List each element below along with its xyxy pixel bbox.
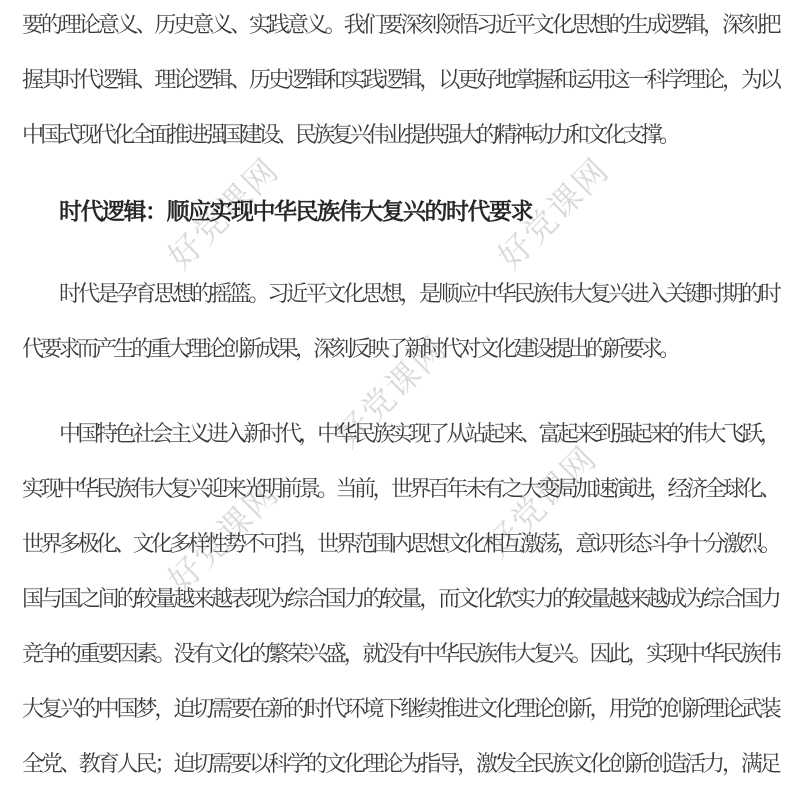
text-line: 国与国之间的较量越来越表现为综合国力的较量，而文化软实力的较量越来越成为综合国力: [22, 571, 778, 626]
section-heading: 时代逻辑：顺应实现中华民族伟大复兴的时代要求: [22, 184, 778, 239]
paragraph: 时代是孕育思想的摇篮。习近平文化思想，是顺应中华民族伟大复兴进入关键时期的时代要…: [22, 266, 778, 376]
text-line: 中国式现代化全面推进强国建设、民族复兴伟业提供强大的精神动力和文化支撑。: [22, 107, 778, 162]
document-body: 要的理论意义、历史意义、实践意义。我们要深刻领悟习近平文化思想的生成逻辑，深刻把…: [0, 0, 800, 791]
text-line: 世界多极化、文化多样性势不可挡，世界范围内思想文化相互激荡，意识形态斗争十分激烈…: [22, 516, 778, 571]
text-line: 要的理论意义、历史意义、实践意义。我们要深刻领悟习近平文化思想的生成逻辑，深刻把: [22, 0, 778, 52]
text-line: 时代是孕育思想的摇篮。习近平文化思想，是顺应中华民族伟大复兴进入关键时期的时: [22, 266, 778, 321]
text-line: 竞争的重要因素。没有文化的繁荣兴盛，就没有中华民族伟大复兴。因此，实现中华民族伟: [22, 626, 778, 681]
text-line: 实现中华民族伟大复兴迎来光明前景。当前，世界百年未有之大变局加速演进，经济全球化…: [22, 461, 778, 516]
text-line: 全党、教育人民；迫切需要以科学的文化理论为指导，激发全民族文化创新创造活力，满足: [22, 736, 778, 791]
text-line: 代要求而产生的重大理论创新成果，深刻反映了新时代对文化建设提出的新要求。: [22, 321, 778, 376]
text-line: 中国特色社会主义进入新时代，中华民族实现了从站起来、富起来到强起来的伟大飞跃，: [22, 406, 778, 461]
text-line: 握其时代逻辑、理论逻辑、历史逻辑和实践逻辑，以更好地掌握和运用这一科学理论，为以: [22, 52, 778, 107]
paragraph: 中国特色社会主义进入新时代，中华民族实现了从站起来、富起来到强起来的伟大飞跃，实…: [22, 406, 778, 791]
paragraph-continued: 要的理论意义、历史意义、实践意义。我们要深刻领悟习近平文化思想的生成逻辑，深刻把…: [22, 0, 778, 162]
text-line: 大复兴的中国梦，迫切需要在新的时代环境下继续推进文化理论创新，用党的创新理论武装: [22, 681, 778, 736]
